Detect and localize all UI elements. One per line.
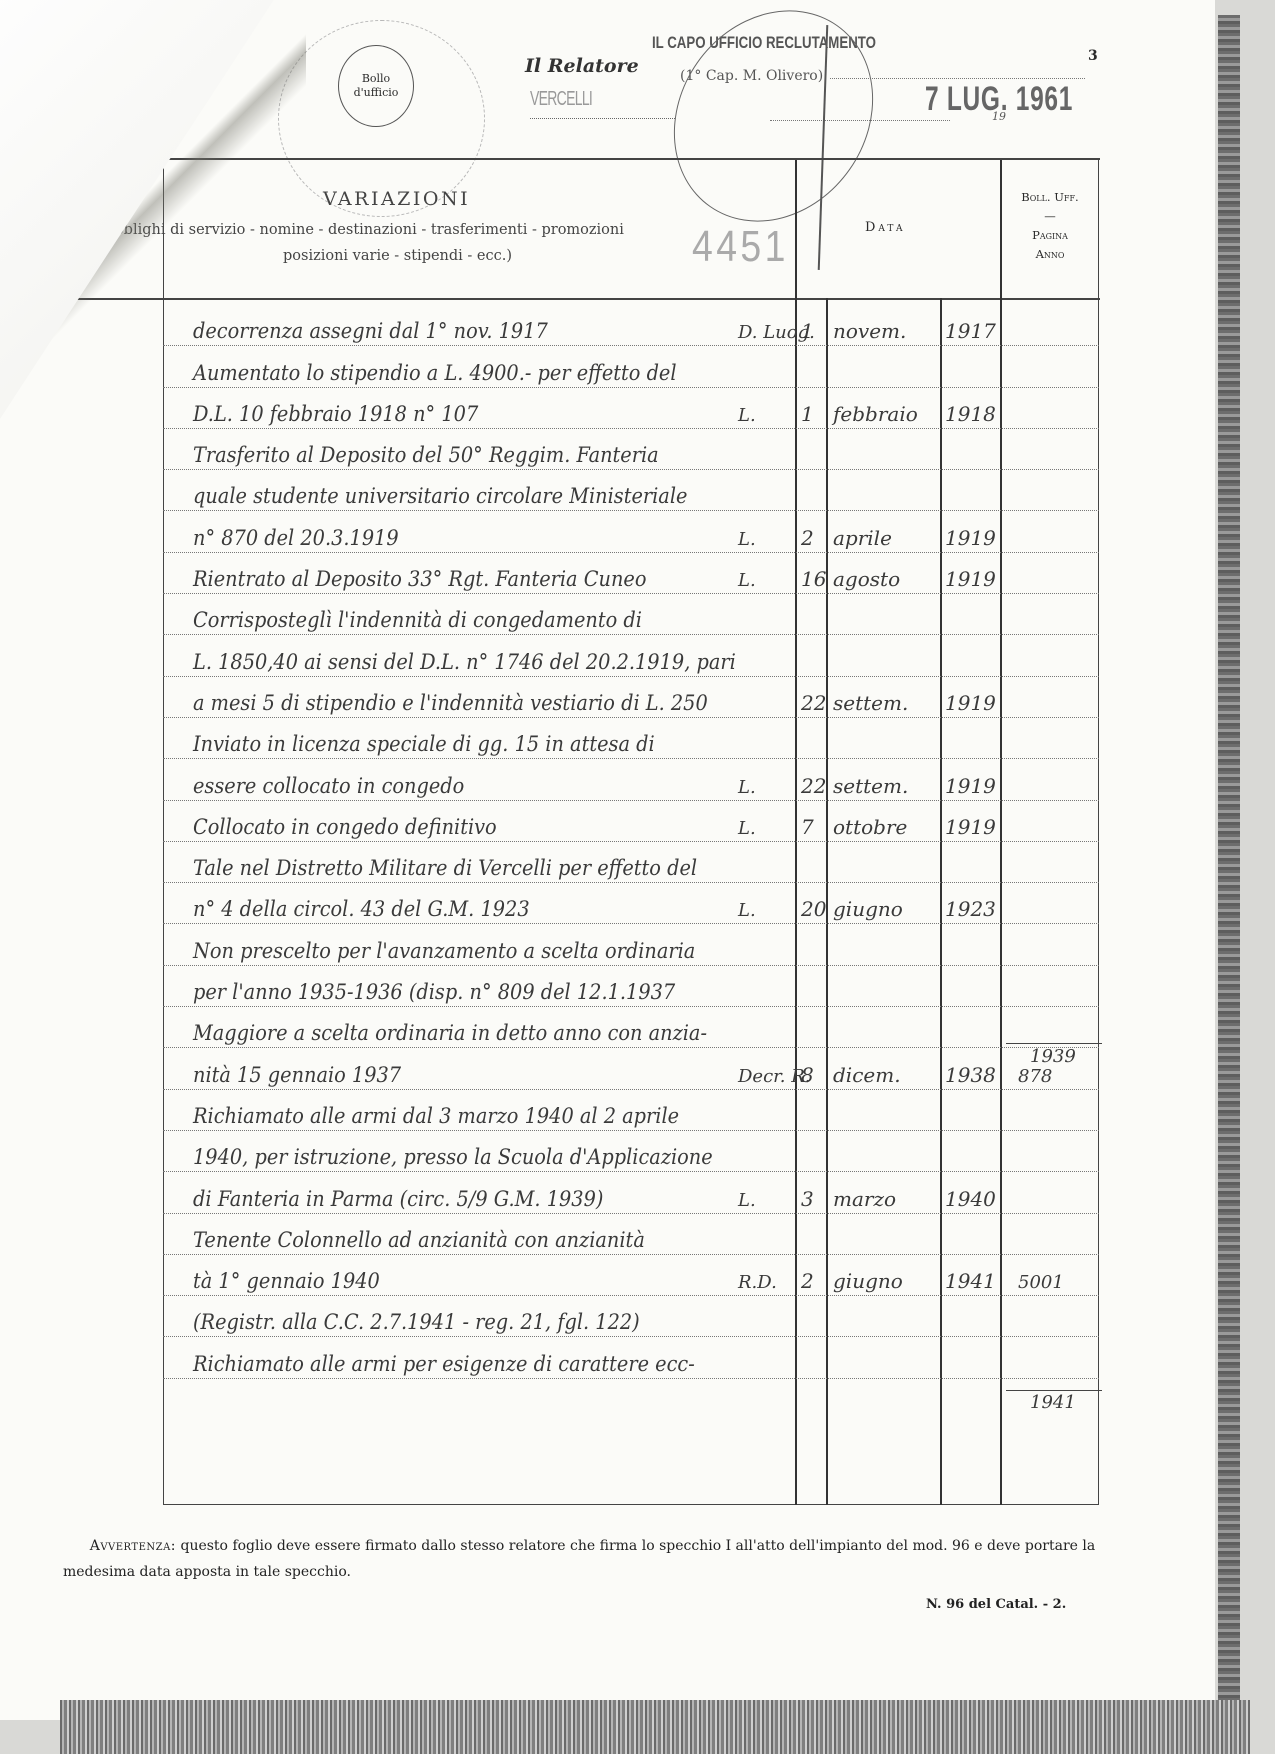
table-row: Maggiore a scelta ordinaria in detto ann… bbox=[163, 1007, 1099, 1048]
entry-month: marzo bbox=[833, 1187, 896, 1211]
table-row: per l'anno 1935-1936 (disp. n° 809 del 1… bbox=[163, 966, 1099, 1007]
bollo-ufficio-circle: Bollo d'ufficio bbox=[338, 45, 414, 127]
entry-month: agosto bbox=[833, 567, 900, 591]
table-row: Non prescelto per l'avanzamento a scelta… bbox=[163, 924, 1099, 965]
entry-boll-pagina: 878 bbox=[1018, 1066, 1052, 1087]
entry-text: 1940, per istruzione, presso la Scuola d… bbox=[193, 1145, 713, 1169]
entry-day: 8 bbox=[801, 1063, 814, 1087]
table-row: nità 15 gennaio 1937Decr. R.8dicem.19388… bbox=[163, 1048, 1099, 1089]
entry-year: 1923 bbox=[945, 897, 996, 921]
entry-month: dicem. bbox=[833, 1063, 901, 1087]
page-number: 3 bbox=[1088, 48, 1098, 64]
entry-year: 1918 bbox=[945, 402, 996, 426]
entry-year: 1919 bbox=[945, 567, 996, 591]
entry-text: Corrisposteglì l'indennità di congedamen… bbox=[193, 608, 642, 632]
table-row: n° 870 del 20.3.1919L.2aprile1919 bbox=[163, 511, 1099, 552]
entry-year: 1919 bbox=[945, 815, 996, 839]
entry-text: Maggiore a scelta ordinaria in detto ann… bbox=[193, 1021, 707, 1045]
entry-year: 1919 bbox=[945, 526, 996, 550]
entry-text: Rientrato al Deposito 33° Rgt. Fanteria … bbox=[193, 567, 646, 591]
table-row: Corrisposteglì l'indennità di congedamen… bbox=[163, 594, 1099, 635]
boll-anno-2: 1941 bbox=[1030, 1392, 1076, 1413]
table-row: 1940, per istruzione, presso la Scuola d… bbox=[163, 1131, 1099, 1172]
entry-text: Tale nel Distretto Militare di Vercelli … bbox=[193, 856, 697, 880]
entry-text: Richiamato alle armi per esigenze di car… bbox=[193, 1352, 695, 1376]
variazioni-heading: VARIAZIONI bbox=[323, 188, 470, 210]
entry-authority: L. bbox=[738, 570, 756, 591]
entry-year: 1919 bbox=[945, 691, 996, 715]
table-row: essere collocato in congedoL.22settem.19… bbox=[163, 759, 1099, 800]
entry-day: 20 bbox=[801, 897, 826, 921]
entry-text: a mesi 5 di stipendio e l'indennità vest… bbox=[193, 691, 708, 715]
table-row: n° 4 della circol. 43 del G.M. 1923L.20g… bbox=[163, 883, 1099, 924]
entry-year: 1941 bbox=[945, 1269, 996, 1293]
entry-authority: L. bbox=[738, 777, 756, 798]
entry-month: ottobre bbox=[833, 815, 907, 839]
pagina-label: Pagina bbox=[1000, 226, 1100, 245]
table-row: Tenente Colonnello ad anzianità con anzi… bbox=[163, 1214, 1099, 1255]
boll-uff-label: Boll. Uff. bbox=[1000, 188, 1100, 207]
entry-month: febbraio bbox=[833, 402, 918, 426]
entry-month: aprile bbox=[833, 526, 892, 550]
entry-day: 1 bbox=[801, 402, 814, 426]
entry-day: 3 bbox=[801, 1187, 814, 1211]
data-column-heading: Data bbox=[865, 220, 905, 235]
boll-fraction-line-2 bbox=[1006, 1390, 1102, 1391]
entry-boll-pagina: 5001 bbox=[1018, 1272, 1064, 1293]
entry-month: settem. bbox=[833, 691, 908, 715]
entry-text: Collocato in congedo definitivo bbox=[193, 815, 497, 839]
entry-day: 22 bbox=[801, 774, 826, 798]
entry-text: n° 4 della circol. 43 del G.M. 1923 bbox=[193, 897, 530, 921]
avvertenza-text: questo foglio deve essere firmato dallo … bbox=[63, 1538, 1095, 1580]
entry-day: 16 bbox=[801, 567, 826, 591]
table-row: a mesi 5 di stipendio e l'indennità vest… bbox=[163, 677, 1099, 718]
entry-text: nità 15 gennaio 1937 bbox=[193, 1063, 401, 1087]
entry-text: L. 1850,40 ai sensi del D.L. n° 1746 del… bbox=[193, 650, 736, 674]
entry-text: n° 870 del 20.3.1919 bbox=[193, 526, 399, 550]
entry-year: 1940 bbox=[945, 1187, 996, 1211]
entry-month: giugno bbox=[833, 897, 903, 921]
entry-day: 2 bbox=[801, 526, 814, 550]
registry-number-stamp: 4451 bbox=[692, 222, 789, 272]
entry-text: quale studente universitario circolare M… bbox=[193, 484, 687, 508]
catalog-code: N. 96 del Catal. - 2. bbox=[926, 1597, 1066, 1612]
bollo-label-line1: Bollo bbox=[362, 72, 390, 86]
variazioni-subheading-2: posizioni varie - stipendi - ecc.) bbox=[283, 248, 512, 264]
entry-text: per l'anno 1935-1936 (disp. n° 809 del 1… bbox=[193, 980, 675, 1004]
table-row: Rientrato al Deposito 33° Rgt. Fanteria … bbox=[163, 553, 1099, 594]
boll-anno-1: 1939 bbox=[1030, 1046, 1076, 1067]
boll-dash: — bbox=[1000, 207, 1100, 226]
relatore-city-stamp: VERCELLI bbox=[530, 88, 592, 111]
entry-year: 1938 bbox=[945, 1063, 996, 1087]
table-row: Richiamato alle armi dal 3 marzo 1940 al… bbox=[163, 1090, 1099, 1131]
bollo-label-line2: d'ufficio bbox=[354, 86, 399, 100]
table-row: (Registr. alla C.C. 2.7.1941 - reg. 21, … bbox=[163, 1296, 1099, 1337]
avvertenza-note: Avvertenza: questo foglio deve essere fi… bbox=[63, 1533, 1108, 1585]
entry-authority: L. bbox=[738, 818, 756, 839]
entry-month: settem. bbox=[833, 774, 908, 798]
anno-label: Anno bbox=[1000, 245, 1100, 264]
entry-text: (Registr. alla C.C. 2.7.1941 - reg. 21, … bbox=[193, 1310, 640, 1334]
entry-text: Inviato in licenza speciale di gg. 15 in… bbox=[193, 732, 655, 756]
entry-day: 2 bbox=[801, 1269, 814, 1293]
table-row: L. 1850,40 ai sensi del D.L. n° 1746 del… bbox=[163, 635, 1099, 676]
entry-authority: L. bbox=[738, 900, 756, 921]
entry-year: 1917 bbox=[945, 319, 996, 343]
entry-text: di Fanteria in Parma (circ. 5/9 G.M. 193… bbox=[193, 1187, 603, 1211]
table-row: di Fanteria in Parma (circ. 5/9 G.M. 193… bbox=[163, 1172, 1099, 1213]
page-edge-right bbox=[1218, 15, 1240, 1715]
table-row: Collocato in congedo definitivoL.7ottobr… bbox=[163, 801, 1099, 842]
entry-month: novem. bbox=[833, 319, 906, 343]
entry-authority: R.D. bbox=[738, 1272, 777, 1293]
relatore-label: Il Relatore bbox=[525, 55, 639, 77]
dotted-rule bbox=[163, 1378, 1099, 1379]
table-row: Tale nel Distretto Militare di Vercelli … bbox=[163, 842, 1099, 883]
date-prefix-19: 19 bbox=[992, 110, 1006, 123]
entry-month: giugno bbox=[833, 1269, 903, 1293]
entry-authority: L. bbox=[738, 405, 756, 426]
entry-text: Richiamato alle armi dal 3 marzo 1940 al… bbox=[193, 1104, 679, 1128]
entry-text: tà 1° gennaio 1940 bbox=[193, 1269, 380, 1293]
entry-day: 7 bbox=[801, 815, 814, 839]
page-edge-bottom bbox=[60, 1700, 1250, 1754]
entry-text: Tenente Colonnello ad anzianità con anzi… bbox=[193, 1228, 645, 1252]
boll-fraction-line-1 bbox=[1006, 1043, 1102, 1044]
table-row: Inviato in licenza speciale di gg. 15 in… bbox=[163, 718, 1099, 759]
entry-authority: L. bbox=[738, 529, 756, 550]
boll-column-heading: Boll. Uff. — Pagina Anno bbox=[1000, 188, 1100, 264]
entry-year: 1919 bbox=[945, 774, 996, 798]
entry-authority: Decr. R. bbox=[738, 1066, 811, 1087]
entry-text: essere collocato in congedo bbox=[193, 774, 464, 798]
entry-day: 22 bbox=[801, 691, 826, 715]
table-row: Richiamato alle armi per esigenze di car… bbox=[163, 1337, 1099, 1378]
relatore-signature-line bbox=[530, 118, 675, 119]
entry-text: Non prescelto per l'avanzamento a scelta… bbox=[193, 939, 695, 963]
entry-day: 1 bbox=[801, 319, 814, 343]
avvertenza-label: Avvertenza: bbox=[90, 1538, 176, 1554]
table-row: tà 1° gennaio 1940R.D.2giugno19415001 bbox=[163, 1255, 1099, 1296]
entry-authority: L. bbox=[738, 1190, 756, 1211]
